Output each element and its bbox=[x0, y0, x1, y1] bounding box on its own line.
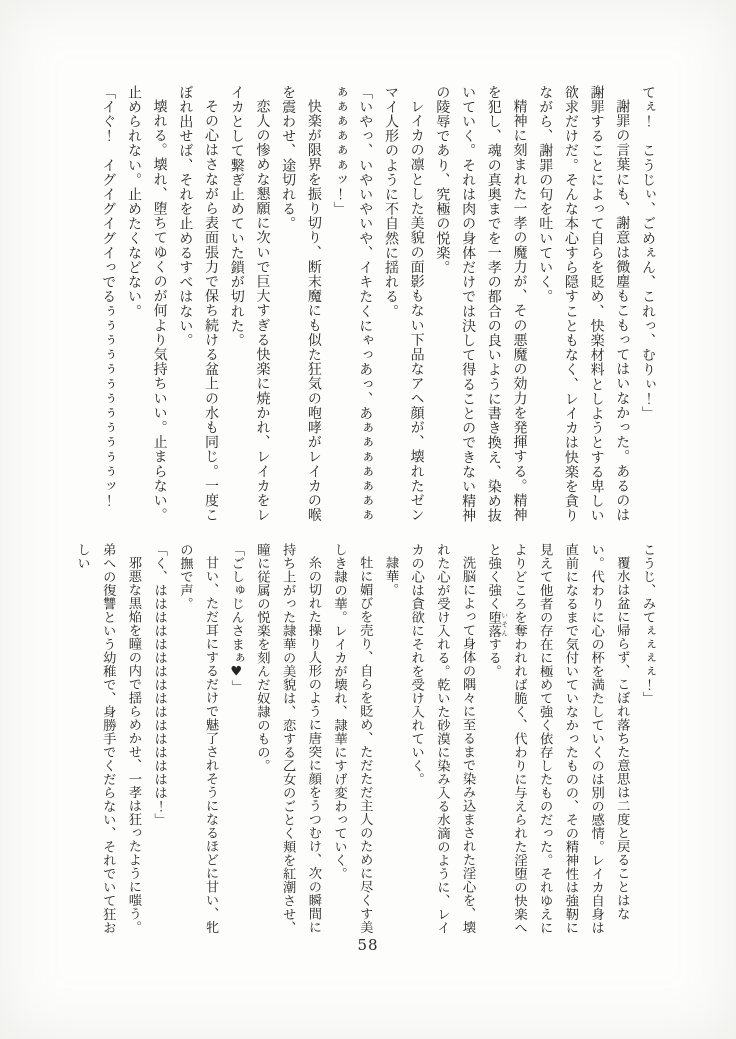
paragraph-narrative: 隷華。 bbox=[377, 543, 403, 947]
ruby-base: 堕落 bbox=[486, 611, 501, 638]
paragraph-dialogue-continuation: てぇ！ こうじぃ、ごめぇん、これっ、むりぃ！」 bbox=[634, 85, 660, 523]
top-text-block: てぇ！ こうじぃ、ごめぇん、これっ、むりぃ！」 謝罪の言葉にも、謝意は微塵もこも… bbox=[94, 85, 660, 523]
paragraph-narrative: その心はさながら表面張力で保ち続ける盆上の水も同じ。一度こぼれ出せば、それを止め… bbox=[172, 85, 223, 523]
paragraph-narrative: 恋人の惨めな懇願に次いで巨大すぎる快楽に焼かれ、レイカをレイカとして繋ぎ止めてい… bbox=[223, 85, 274, 523]
paragraph-dialogue: 「ごしゅじんさまぁ♥」 bbox=[223, 543, 249, 947]
paragraph-dialogue: 「イぐ！ イグイグイグイっでるぅぅぅぅぅぅぅぅぅぅぅぅッ！ bbox=[95, 85, 121, 523]
paragraph-narrative: 糸の切れた操り人形のように唐突に顔をうつむけ、次の瞬間に持ち上がった隷華の美貌は… bbox=[249, 543, 326, 947]
paragraph-narrative: 壊れる。壊れ、堕ちてゆくのが何より気持ちいい。止まらない。止められない。止めたく… bbox=[120, 85, 171, 523]
page-number: 58 bbox=[0, 936, 736, 954]
paragraph-dialogue: 「く、はははははははははははははははは！」 bbox=[146, 543, 172, 947]
ruby-post-text: する。 bbox=[486, 638, 501, 679]
bottom-text-block: こうじ、みてぇぇぇぇ！」 覆水は盆に帰らず、こぼれ落ちた意思は二度と戻ることはな… bbox=[94, 543, 660, 947]
book-page: てぇ！ こうじぃ、ごめぇん、これっ、むりぃ！」 謝罪の言葉にも、謝意は微塵もこも… bbox=[0, 0, 736, 1039]
paragraph-narrative: 快楽が限界を振り切り、断末魔にも似た狂気の咆哮がレイカの喉を震わせ、途切れる。 bbox=[274, 85, 325, 523]
ruby-reading: いそん bbox=[500, 611, 508, 638]
ruby-annotation: 堕落いそん bbox=[486, 611, 501, 638]
paragraph-dialogue: 「いやっ、いやいやいや、イキたくにゃっあっ、あぁぁぁぁぁぁぁぁぁぁぁぁぁッ！」 bbox=[326, 85, 377, 523]
paragraph-narrative: 精神に刻まれた一孝の魔力が、その悪魔の効力を発揮する。精神を犯し、魂の真奥までを… bbox=[429, 85, 532, 523]
paragraph-narrative-with-ruby: 覆水は盆に帰らず、こぼれ落ちた意思は二度と戻ることはない。代わりに心の杯を満たし… bbox=[480, 543, 634, 947]
ruby-pre-text: 覆水は盆に帰らず、こぼれ落ちた意思は二度と戻ることはない。代わりに心の杯を満たし… bbox=[486, 543, 630, 935]
paragraph-dialogue-continuation: こうじ、みてぇぇぇぇ！」 bbox=[634, 543, 660, 947]
paragraph-narrative: 甘い、ただ耳にするだけで魅了されそうになるほどに甘い、牝の撫で声。 bbox=[172, 543, 223, 947]
paragraph-narrative: 牡に媚びを売り、自らを貶め、ただただ主人のために尽くす美しき隷の華。レイカが壊れ… bbox=[326, 543, 377, 947]
paragraph-narrative: 洗脳によって身体の隅々に至るまで染み込まされた淫心を、壊れた心が受け入れる。乾い… bbox=[403, 543, 480, 947]
paragraph-narrative: 謝罪の言葉にも、謝意は微塵もこもってはいなかった。あるのは謝罪することによって自… bbox=[531, 85, 634, 523]
paragraph-narrative: レイカの凛とした美貌の面影もない下品なアヘ顔が、壊れたゼンマイ人形のように不自然… bbox=[377, 85, 428, 523]
paragraph-narrative: 邪悪な黒焔を瞳の内で揺らめかせ、一孝は狂ったように嗤う。弟への復讐という幼稚で、… bbox=[69, 543, 146, 947]
